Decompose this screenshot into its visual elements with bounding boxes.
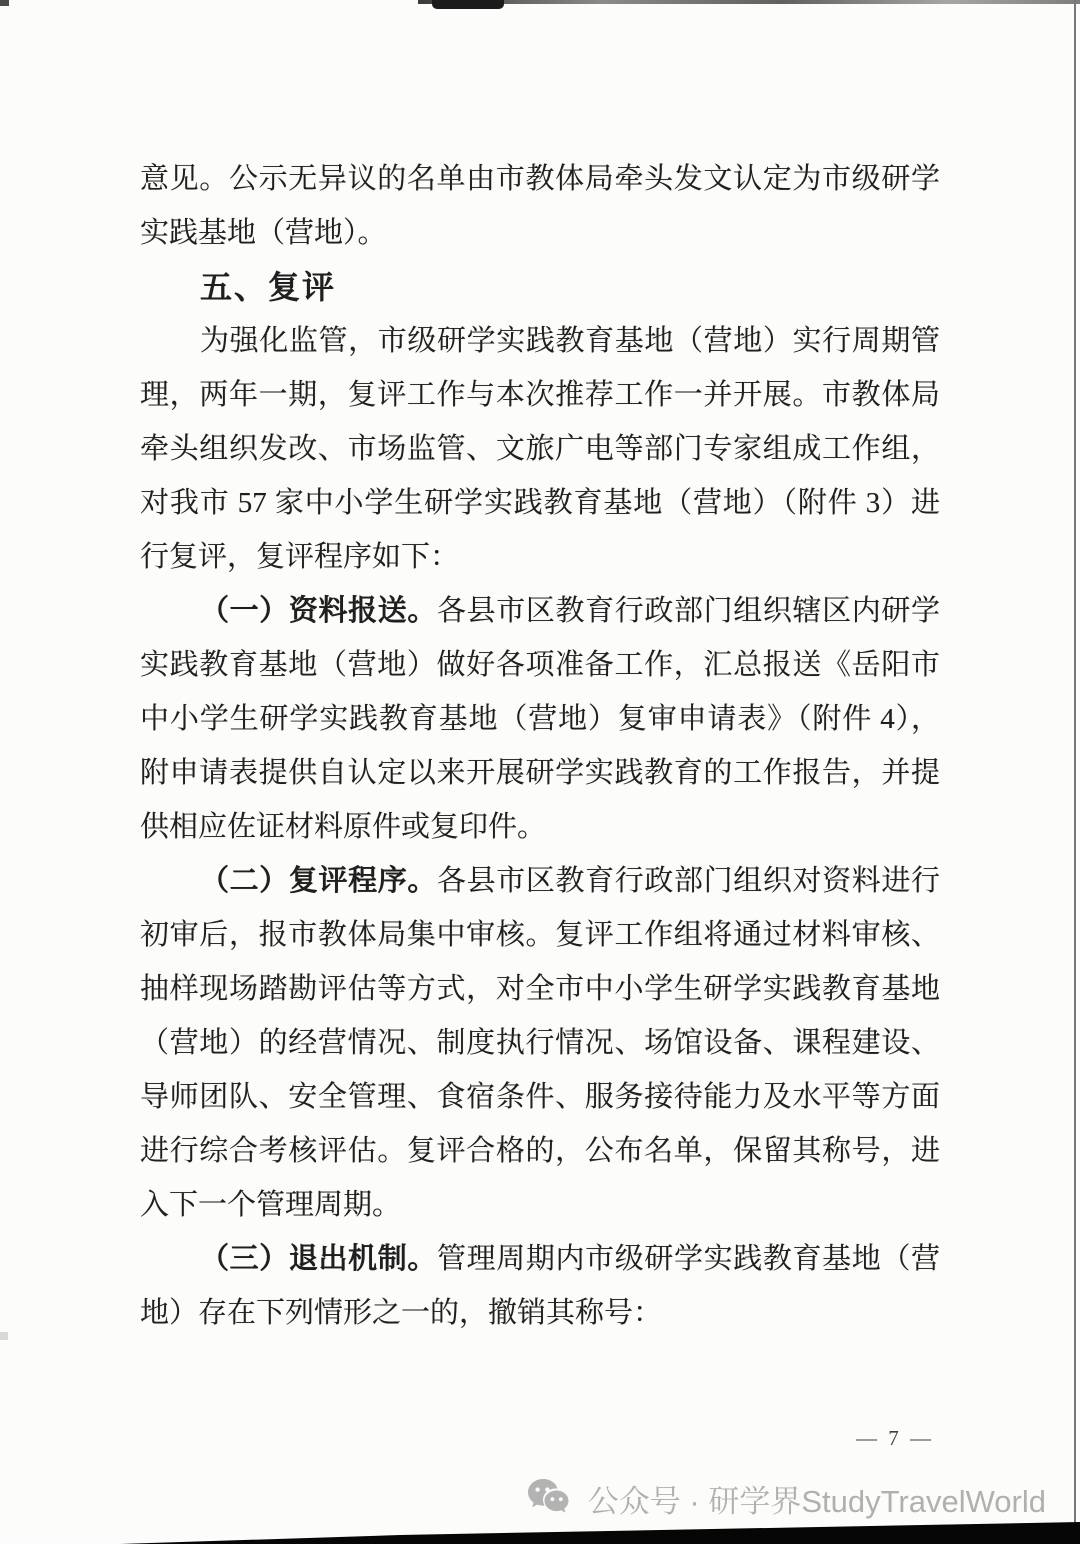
document-line: 实践基地（营地）。 xyxy=(140,206,940,260)
scan-artifact-speck xyxy=(0,1332,8,1340)
document-line: （营地）的经营情况、制度执行情况、场馆设备、课程建设、 xyxy=(140,1016,940,1070)
bold-run: 五、复评 xyxy=(200,269,336,305)
document-line: 抽样现场踏勘评估等方式，对全市中小学生研学实践教育基地 xyxy=(140,962,940,1016)
bold-run: （一）资料报送。 xyxy=(200,595,437,627)
scan-page-edge-line xyxy=(1074,0,1076,1544)
document-line: （二）复评程序。各县市区教育行政部门组织对资料进行 xyxy=(140,854,940,908)
document-line: 附申请表提供自认定以来开展研学实践教育的工作报告，并提 xyxy=(140,746,940,800)
wechat-icon xyxy=(526,1477,578,1521)
document-line: 导师团队、安全管理、食宿条件、服务接待能力及水平等方面 xyxy=(140,1070,940,1124)
document-line: 地）存在下列情形之一的，撤销其称号： xyxy=(140,1286,940,1340)
document-line: 进行综合考核评估。复评合格的，公布名单，保留其称号，进 xyxy=(140,1124,940,1178)
bold-run: （二）复评程序。 xyxy=(200,865,437,897)
footer-watermark: 公众号 · 研学界StudyTravelWorld xyxy=(526,1476,1046,1521)
document-line: 对我市 57 家中小学生研学实践教育基地（营地）（附件 3）进 xyxy=(140,476,940,530)
document-line: 中小学生研学实践教育基地（营地）复审申请表》（附件 4）， xyxy=(140,692,940,746)
scan-artifact-speck xyxy=(0,0,9,6)
document-line: 初审后，报市教体局集中审核。复评工作组将通过材料审核、 xyxy=(140,908,940,962)
scan-artifact-top-blob xyxy=(432,0,504,9)
bold-run: （三）退出机制。 xyxy=(200,1243,437,1275)
document-line: 理，两年一期，复评工作与本次推荐工作一并开展。市教体局 xyxy=(140,368,940,422)
document-line: 实践教育基地（营地）做好各项准备工作，汇总报送《岳阳市 xyxy=(140,638,940,692)
section-heading: 五、复评 xyxy=(140,260,940,314)
text-run: 各县市区教育行政部门组织对资料进行 xyxy=(437,865,940,897)
document-line: 供相应佐证材料原件或复印件。 xyxy=(140,800,940,854)
document-page: 意见。公示无异议的名单由市教体局牵头发文认定为市级研学实践基地（营地）。五、复评… xyxy=(0,0,1080,1544)
footer-label: 公众号 · 研学界StudyTravelWorld xyxy=(588,1476,1046,1521)
scan-artifact-top-line xyxy=(418,0,1080,4)
document-line: 为强化监管，市级研学实践教育基地（营地）实行周期管 xyxy=(140,314,940,368)
document-body: 意见。公示无异议的名单由市教体局牵头发文认定为市级研学实践基地（营地）。五、复评… xyxy=(140,152,940,1340)
text-run: 各县市区教育行政部门组织辖区内研学 xyxy=(437,595,940,627)
scan-artifact-bottom-bar xyxy=(0,1520,1080,1544)
page-number: — 7 — xyxy=(856,1426,934,1451)
document-line: 入下一个管理周期。 xyxy=(140,1178,940,1232)
document-line: 意见。公示无异议的名单由市教体局牵头发文认定为市级研学 xyxy=(140,152,940,206)
document-line: 牵头组织发改、市场监管、文旅广电等部门专家组成工作组， xyxy=(140,422,940,476)
document-line: 行复评，复评程序如下： xyxy=(140,530,940,584)
text-run: 管理周期内市级研学实践教育基地（营 xyxy=(437,1243,940,1275)
document-line: （一）资料报送。各县市区教育行政部门组织辖区内研学 xyxy=(140,584,940,638)
document-line: （三）退出机制。管理周期内市级研学实践教育基地（营 xyxy=(140,1232,940,1286)
